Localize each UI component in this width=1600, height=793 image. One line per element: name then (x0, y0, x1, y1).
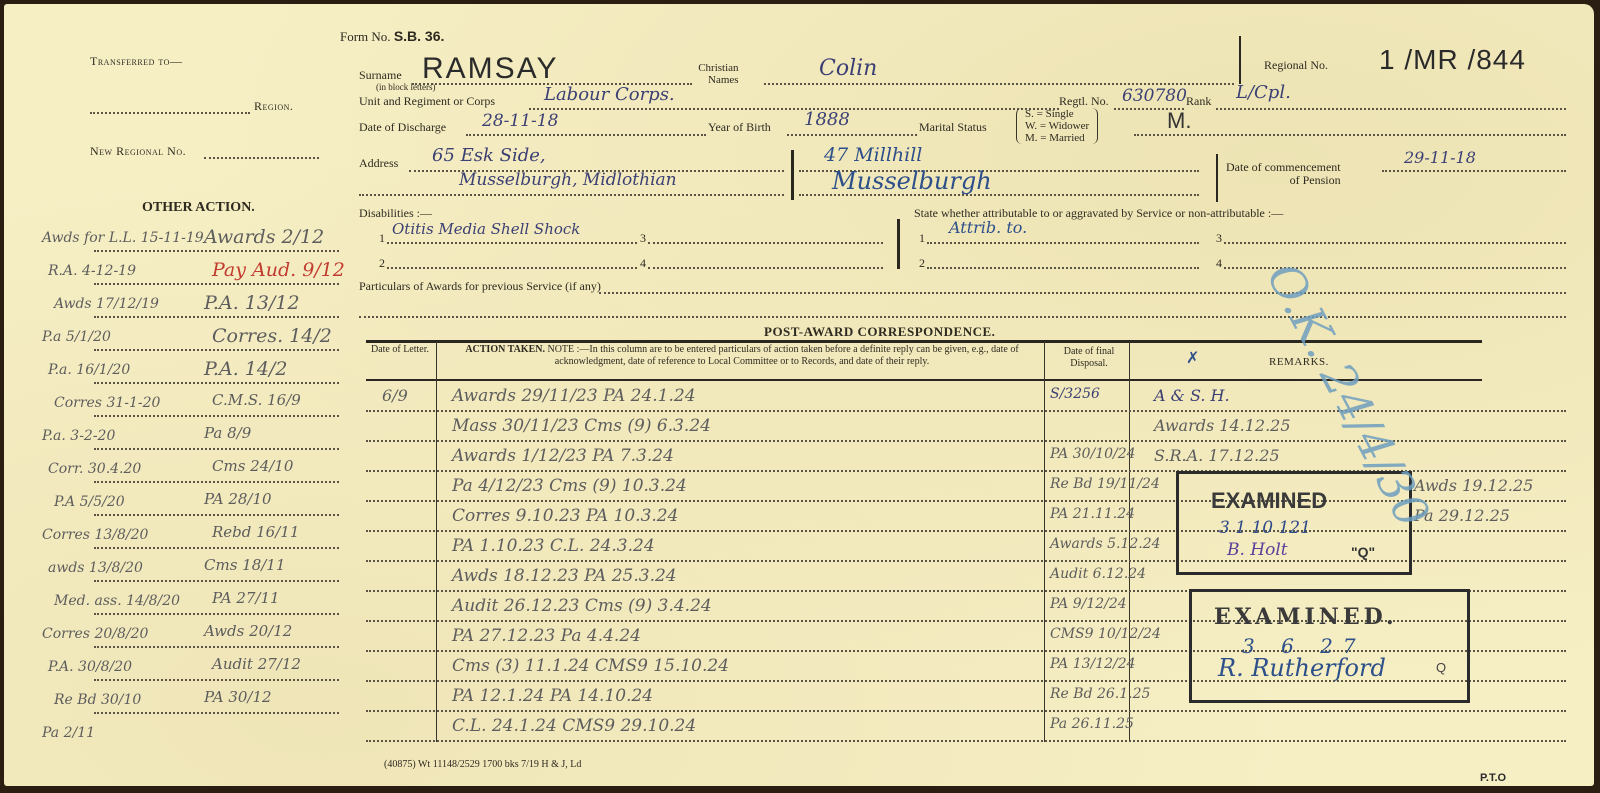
row-action-taken: Pa 4/12/23 Cms (9) 10.3.24 (452, 476, 687, 496)
marital-legend: S. = Single W. = Widower M. = Married (1016, 108, 1098, 144)
row-final-disposal: PA 13/12/24 (1050, 656, 1136, 672)
row-action-taken: Audit 26.12.23 Cms (9) 3.4.24 (452, 596, 712, 616)
christian-names-value: Colin (819, 56, 877, 81)
other-action-right-entry: Cms 24/10 (212, 457, 293, 475)
col-date-of-letter: Date of Letter. (368, 344, 432, 356)
regional-no-label: Regional No. (1264, 58, 1328, 73)
regtl-no-value: 630780 (1122, 86, 1187, 106)
other-action-left-entry: R.A. 4-12-19 (48, 263, 136, 279)
col-action-taken: ACTION TAKEN. NOTE :—In this column are … (442, 344, 1042, 368)
form-number: Form No. S.B. 36. (340, 28, 444, 45)
other-action-right-entry: Pa 8/9 (204, 424, 251, 442)
other-action-left-entry: Med. ass. 14/8/20 (54, 593, 180, 609)
surname-value: RAMSAY (422, 52, 558, 86)
other-action-left-entry: Corres 20/8/20 (42, 626, 148, 642)
row-final-disposal: Audit 6.12.24 (1050, 566, 1146, 582)
other-action-right-entry: Corres. 14/2 (212, 325, 332, 347)
row-final-disposal: S/3256 (1050, 386, 1100, 402)
row-final-disposal: PA 30/10/24 (1050, 446, 1136, 462)
row-final-disposal: CMS9 10/12/24 (1050, 626, 1161, 642)
row-date-of-letter: 6/9 (382, 386, 408, 405)
examined-stamp-2: EXAMINED. 3 6 27 R. Rutherford Q (1189, 589, 1470, 703)
disability-1: Otitis Media Shell Shock (392, 220, 580, 238)
row-final-disposal: Re Bd 26.1.25 (1050, 686, 1150, 702)
other-action-left-entry: Corr. 30.4.20 (48, 461, 141, 477)
other-action-right-entry: Cms 18/11 (204, 556, 285, 574)
row-final-disposal: PA 9/12/24 (1050, 596, 1127, 612)
other-action-right-entry: PA 30/12 (204, 688, 272, 706)
col-date-of-final-disposal: Date of final Disposal. (1048, 346, 1130, 370)
attributable-1: Attrib. to. (949, 218, 1027, 237)
other-action-right-entry: Awds 20/12 (204, 622, 292, 640)
row-action-taken: PA 12.1.24 PA 14.10.24 (452, 686, 653, 706)
other-action-right-entry: Audit 27/12 (212, 655, 301, 673)
other-action-left-entry: Re Bd 30/10 (54, 692, 141, 708)
region-field (90, 112, 250, 114)
row-action-taken: Corres 9.10.23 PA 10.3.24 (452, 506, 678, 526)
pension-record-card: Transferred to— Region. New Regional No.… (4, 4, 1594, 786)
row-remarks: Awds 19.12.25 (1414, 476, 1533, 495)
other-action-right-entry: Awards 2/12 (204, 226, 324, 248)
rank-value: L/Cpl. (1236, 82, 1291, 103)
row-remarks: A & S. H. (1154, 386, 1230, 405)
other-action-right-entry: C.M.S. 16/9 (212, 391, 301, 409)
row-action-taken: Cms (3) 11.1.24 CMS9 15.10.24 (452, 656, 729, 676)
other-action-title: OTHER ACTION. (142, 200, 255, 216)
other-action-left-entry: P.A. 30/8/20 (48, 659, 132, 675)
other-action-left-entry: P.a 5/1/20 (42, 329, 111, 345)
marital-value: M. (1167, 108, 1191, 134)
row-final-disposal: Re Bd 19/11/24 (1050, 476, 1160, 492)
other-action-left-entry: P.a. 16/1/20 (48, 362, 130, 378)
discharge-value: 28-11-18 (482, 111, 558, 131)
birth-value: 1888 (804, 109, 850, 130)
other-action-left-entry: Awds for L.L. 15-11-19 (42, 230, 204, 246)
row-final-disposal: Pa 26.11.25 (1050, 716, 1134, 732)
row-remarks: S.R.A. 17.12.25 (1154, 446, 1280, 465)
row-action-taken: C.L. 24.1.24 CMS9 29.10.24 (452, 716, 696, 736)
row-action-taken: Mass 30/11/23 Cms (9) 6.3.24 (452, 416, 711, 436)
correspondence-title: POST-AWARD CORRESPONDENCE. (764, 324, 995, 340)
other-action-left-entry: Corres 13/8/20 (42, 527, 148, 543)
previous-awards-label: Particulars of Awards for previous Servi… (359, 279, 601, 294)
region-label: Region. (254, 99, 293, 114)
unit-value: Labour Corps. (544, 84, 675, 105)
pension-date-value: 29-11-18 (1404, 148, 1476, 167)
pto-label: P.T.O (1480, 772, 1506, 784)
print-info: (40875) Wt 11148/2529 1700 bks 7/19 H & … (384, 759, 581, 770)
other-action-left-entry: P.a. 3-2-20 (42, 428, 115, 444)
other-action-right-entry: P.A. 13/12 (204, 292, 300, 314)
other-action-right-entry: P.A. 14/2 (204, 358, 287, 380)
transferred-label: Transferred to— (90, 54, 182, 69)
other-action-right-entry: Pay Aud. 9/12 (212, 259, 345, 281)
new-address-line-2: Musselburgh (832, 167, 992, 195)
address-line-2: Musselburgh, Midlothian (459, 170, 677, 190)
other-action-right-entry: PA 28/10 (204, 490, 272, 508)
address-line-1: 65 Esk Side, (432, 145, 546, 166)
row-action-taken: PA 1.10.23 C.L. 24.3.24 (452, 536, 655, 556)
row-action-taken: Awds 18.12.23 PA 25.3.24 (452, 566, 677, 586)
tick-mark: ✗ (1186, 348, 1199, 367)
other-action-left-entry: P.A 5/5/20 (54, 494, 125, 510)
other-action-left-entry: Awds 17/12/19 (54, 296, 159, 312)
other-action-right-entry: Rebd 16/11 (212, 523, 299, 541)
other-action-right-entry: PA 27/11 (212, 589, 280, 607)
row-final-disposal: PA 21.11.24 (1050, 506, 1135, 522)
other-action-left-entry: Corres 31-1-20 (54, 395, 160, 411)
row-remarks: Awards 14.12.25 (1154, 416, 1291, 435)
new-address-line-1: 47 Millhill (824, 144, 922, 166)
other-action-left-entry: Pa 2/11 (42, 725, 95, 741)
row-action-taken: PA 27.12.23 Pa 4.4.24 (452, 626, 641, 646)
row-action-taken: Awards 29/11/23 PA 24.1.24 (452, 386, 696, 406)
row-final-disposal: Awards 5.12.24 (1050, 536, 1161, 552)
row-action-taken: Awards 1/12/23 PA 7.3.24 (452, 446, 674, 466)
new-regional-label: New Regional No. (90, 144, 186, 159)
regional-no: 1 /MR /844 (1379, 44, 1526, 76)
other-action-left-entry: awds 13/8/20 (48, 560, 143, 576)
